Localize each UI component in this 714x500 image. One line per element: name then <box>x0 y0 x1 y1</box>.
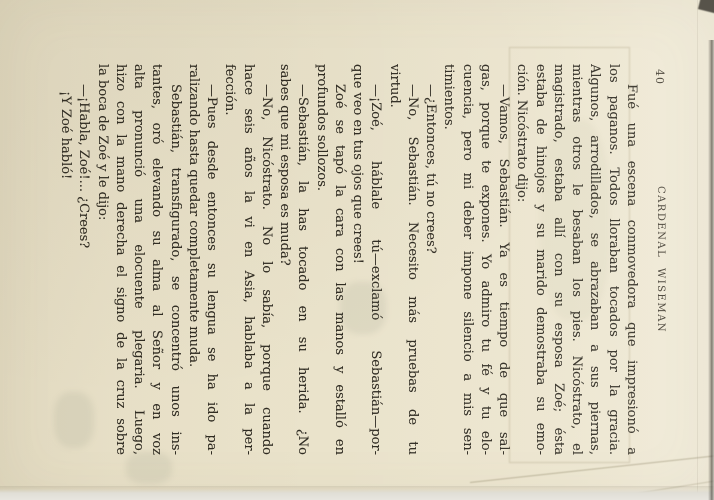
text-line: Fué una escena conmovedora que impresion… <box>622 64 640 455</box>
text-line: Zoé se tapó la cara con las manos y esta… <box>330 64 348 455</box>
text-line: —¡Zoé, háblale tú—exclamó Sebastián—por- <box>366 64 384 455</box>
page-text: Fué una escena conmovedora que impresion… <box>56 64 640 455</box>
text-line: tantes, oró elevando su alma al Señor y … <box>147 64 165 455</box>
text-line: profundos sollozos. <box>312 64 330 455</box>
text-line: Sebastián, transfigurado, se concentró u… <box>166 64 184 455</box>
text-line: ¡Y Zoé habló! <box>56 64 74 455</box>
text-line: ción. Nicóstrato dijo: <box>512 64 530 455</box>
text-line: gas, porque te expones. Yo admiro tu fé … <box>476 64 494 455</box>
text-line: alta pronunció una elocuente plegaria. L… <box>129 64 147 455</box>
text-line: —Pues desde entonces su lengua se ha ido… <box>202 64 220 455</box>
text-line: fección. <box>220 64 238 455</box>
text-line: virtud. <box>385 64 403 455</box>
text-line: —¿Entonces, tú no crees? <box>421 64 439 455</box>
text-line: mientras otros le besaban los pies. Nicó… <box>567 64 585 455</box>
text-line: timientos. <box>439 64 457 455</box>
book-page: 40 CARDENAL WISEMAN Fué una escena conmo… <box>0 0 714 500</box>
text-line: —¡Habla, Zoé!... ¿Crees? <box>74 64 92 455</box>
text-line: los paganos. Todos lloraban tocados por … <box>604 64 622 455</box>
text-line: que veo en tus ojos que crees! <box>348 64 366 455</box>
page-header: 40 CARDENAL WISEMAN <box>652 64 667 455</box>
text-line: —Sebastián, la has tocado en su herida. … <box>293 64 311 455</box>
text-line: cuencia, pero mi deber impone silencio a… <box>458 64 476 455</box>
text-line: la boca de Zoé y le dijo: <box>93 64 111 455</box>
text-line: sabes que mi esposa es muda? <box>275 64 293 455</box>
text-line: hizo con la mano derecha el signo de la … <box>111 64 129 455</box>
book-scan: 40 CARDENAL WISEMAN Fué una escena conmo… <box>0 0 714 500</box>
text-line: ralizando hasta quedar completamente mud… <box>184 64 202 455</box>
text-line: magistrado, estaba allí con su esposa Zo… <box>549 64 567 455</box>
text-line: Algunos, arrodillados, se abrazaban a su… <box>585 64 603 455</box>
text-line: —No, Sebastián. Necesito más pruebas de … <box>403 64 421 455</box>
text-line: estaba de hinojos y su marido demostraba… <box>531 64 549 455</box>
text-line: —No, Nicóstrato. No lo sabía, porque cua… <box>257 64 275 455</box>
running-title: CARDENAL WISEMAN <box>655 64 666 455</box>
text-line: hace seis años la vi en Asia, hablaba a … <box>239 64 257 455</box>
text-line: —Vamos, Sebastián. Ya es tiempo de que s… <box>494 64 512 455</box>
